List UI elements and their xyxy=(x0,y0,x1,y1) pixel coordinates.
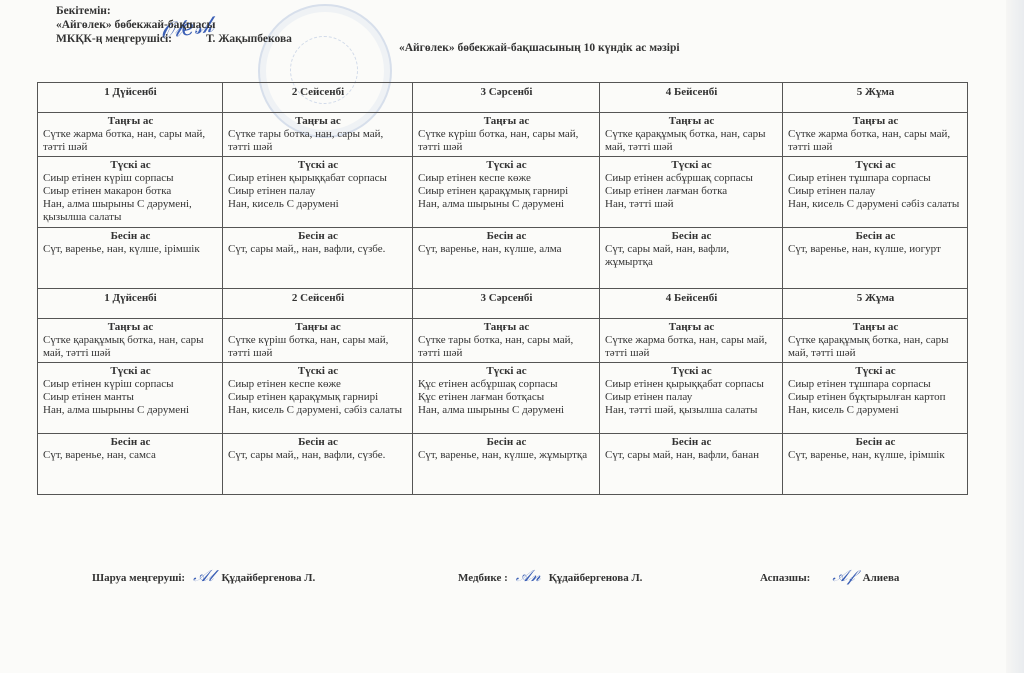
snack-cell: Бесін асСүт, варенье, нан, күлше, ірімші… xyxy=(783,434,968,495)
breakfast-cell: Таңғы асСүтке қарақұмық ботка, нан, сары… xyxy=(783,319,968,363)
manager-name: Құдайбергенова Л. xyxy=(222,572,316,584)
breakfast-row: Таңғы асСүтке жарма ботка, нан, сары май… xyxy=(38,113,968,157)
meal-item: Сүтке қарақұмық ботка, нан, сары май, тә… xyxy=(788,334,963,360)
organization-name: «Айгөлек» бөбекжай-бақшасы xyxy=(56,18,292,32)
breakfast-row: Таңғы асСүтке қарақұмық ботка, нан, сары… xyxy=(38,319,968,363)
meal-title: Бесін ас xyxy=(43,436,218,449)
meal-item: Сүт, сары май, нан, вафли, банан xyxy=(605,449,778,462)
meal-item: Құс етінен лағман ботқасы xyxy=(418,391,595,404)
meal-item: Сүт, варенье, нан, күлше, алма xyxy=(418,243,595,256)
meal-item: Сүтке тары ботка, нан, сары май, тәтті ш… xyxy=(418,334,595,360)
cook-signature: 𝒜𝒻 xyxy=(832,568,854,585)
meal-item: Нан, алма шырыны С дәрумені xyxy=(43,404,218,417)
document-title: «Айгөлек» бөбекжай-бақшасының 10 күндік … xyxy=(399,42,680,54)
meal-title: Түскі ас xyxy=(228,365,408,378)
breakfast-cell: Таңғы асСүтке жарма ботка, нан, сары май… xyxy=(783,113,968,157)
meal-title: Түскі ас xyxy=(418,159,595,172)
day-header: 4 Бейсенбі xyxy=(600,289,783,319)
meal-title: Бесін ас xyxy=(418,436,595,449)
meal-item: Сиыр етінен палау xyxy=(605,391,778,404)
meal-item: Сиыр етінен бұқтырылған картоп xyxy=(788,391,963,404)
day-header: 2 Сейсенбі xyxy=(223,83,413,113)
nurse-label: Медбике : xyxy=(458,572,508,584)
snack-cell: Бесін асСүт, варенье, нан, күлше, иогурт xyxy=(783,228,968,289)
meal-item: Сүтке жарма ботка, нан, сары май, тәтті … xyxy=(605,334,778,360)
day-header: 3 Сәрсенбі xyxy=(413,83,600,113)
approval-block: Бекітемін: «Айгөлек» бөбекжай-бақшасы МК… xyxy=(56,4,292,46)
meal-item: Сиыр етінен қарақұмық гарнирі xyxy=(228,391,408,404)
snack-row: Бесін асСүт, варенье, нан, самсаБесін ас… xyxy=(38,434,968,495)
lunch-cell: Түскі асСиыр етінен кеспе көжеСиыр етіне… xyxy=(413,157,600,228)
day-header: 3 Сәрсенбі xyxy=(413,289,600,319)
meal-title: Түскі ас xyxy=(788,159,963,172)
meal-item: Сүт, сары май,, нан, вафли, сүзбе. xyxy=(228,449,408,462)
meal-title: Таңғы ас xyxy=(418,115,595,128)
lunch-cell: Түскі асСиыр етінен тұшпара сорпасыСиыр … xyxy=(783,363,968,434)
nurse-signature: 𝒜𝓃 xyxy=(516,568,541,585)
approver-line: МКҚК-ң меңгерушісі:Т. Жақыпбекова xyxy=(56,32,292,46)
breakfast-cell: Таңғы асСүтке күріш ботка, нан, сары май… xyxy=(413,113,600,157)
meal-item: Сүтке жарма ботка, нан, сары май, тәтті … xyxy=(788,128,963,154)
snack-cell: Бесін асСүт, варенье, нан, күлше, алма xyxy=(413,228,600,289)
meal-item: Сиыр етінен тұшпара сорпасы xyxy=(788,378,963,391)
meal-title: Таңғы ас xyxy=(605,321,778,334)
meal-title: Түскі ас xyxy=(605,159,778,172)
manager-label: Шаруа меңгеруші: xyxy=(92,572,185,584)
breakfast-cell: Таңғы асСүтке тары ботка, нан, сары май,… xyxy=(413,319,600,363)
meal-item: Сүтке күріш ботка, нан, сары май, тәтті … xyxy=(418,128,595,154)
meal-title: Бесін ас xyxy=(605,436,778,449)
meal-title: Түскі ас xyxy=(43,365,218,378)
meal-item: Сиыр етінен асбұршақ сорпасы xyxy=(605,172,778,185)
meal-item: Сиыр етінен қырыққабат сорпасы xyxy=(605,378,778,391)
snack-cell: Бесін асСүт, сары май,, нан, вафли, сүзб… xyxy=(223,434,413,495)
cook-name: Алиева xyxy=(863,572,900,584)
lunch-cell: Түскі асСиыр етінен қырыққабат сорпасыСи… xyxy=(600,363,783,434)
meal-item: Сүтке күріш ботка, нан, сары май, тәтті … xyxy=(228,334,408,360)
breakfast-cell: Таңғы асСүтке тары ботка, нан, сары май,… xyxy=(223,113,413,157)
meal-title: Түскі ас xyxy=(418,365,595,378)
meal-item: Нан, алма шырыны С дәрумені xyxy=(418,198,595,211)
meal-item: Нан, тәтті шәй, қызылша салаты xyxy=(605,404,778,417)
meal-item: Сиыр етінен лағман ботка xyxy=(605,185,778,198)
meal-item: Сүтке қарақұмық ботка, нан, сары май, тә… xyxy=(605,128,778,154)
snack-cell: Бесін асСүт, варенье, нан, күлше, ірімші… xyxy=(38,228,223,289)
day-header-row: 1 Дүйсенбі2 Сейсенбі3 Сәрсенбі4 Бейсенбі… xyxy=(38,83,968,113)
breakfast-cell: Таңғы асСүтке жарма ботка, нан, сары май… xyxy=(38,113,223,157)
meal-item: Нан, алма шырыны С дәрумені xyxy=(418,404,595,417)
breakfast-cell: Таңғы асСүтке күріш ботка, нан, сары май… xyxy=(223,319,413,363)
approver-position: МКҚК-ң меңгерушісі: xyxy=(56,33,172,45)
page-edge-shadow xyxy=(1006,0,1024,673)
nurse-signoff: Медбике :𝒜𝓃Құдайбергенова Л. xyxy=(458,568,642,586)
breakfast-cell: Таңғы асСүтке қарақұмық ботка, нан, сары… xyxy=(38,319,223,363)
meal-item: Сүтке жарма ботка, нан, сары май, тәтті … xyxy=(43,128,218,154)
meal-title: Бесін ас xyxy=(788,230,963,243)
meal-item: Сиыр етінен кеспе көже xyxy=(228,378,408,391)
meal-item: Сиыр етінен манты xyxy=(43,391,218,404)
lunch-cell: Түскі асСиыр етінен кеспе көжеСиыр етіне… xyxy=(223,363,413,434)
meal-item: Нан, тәтті шәй xyxy=(605,198,778,211)
meal-item: Сүтке қарақұмық ботка, нан, сары май, тә… xyxy=(43,334,218,360)
day-header: 1 Дүйсенбі xyxy=(38,289,223,319)
meal-item: Сүт, варенье, нан, күлше, ірімшік xyxy=(43,243,218,256)
meal-item: Сиыр етінен кеспе көже xyxy=(418,172,595,185)
meal-item: Сүт, варенье, нан, самса xyxy=(43,449,218,462)
day-header: 4 Бейсенбі xyxy=(600,83,783,113)
day-header-row: 1 Дүйсенбі2 Сейсенбі3 Сәрсенбі4 Бейсенбі… xyxy=(38,289,968,319)
meal-item: Сүт, варенье, нан, күлше, жұмыртқа xyxy=(418,449,595,462)
meal-item: Нан, кисель С дәрумені xyxy=(788,404,963,417)
meal-title: Бесін ас xyxy=(228,230,408,243)
meal-item: Сүтке тары ботка, нан, сары май, тәтті ш… xyxy=(228,128,408,154)
day-header: 2 Сейсенбі xyxy=(223,289,413,319)
meal-title: Бесін ас xyxy=(43,230,218,243)
meal-item: Нан, алма шырыны С дәрумені, қызылша сал… xyxy=(43,198,218,224)
meal-item: Сиыр етінен қырыққабат сорпасы xyxy=(228,172,408,185)
snack-row: Бесін асСүт, варенье, нан, күлше, ірімші… xyxy=(38,228,968,289)
lunch-cell: Түскі асСиыр етінен тұшпара сорпасыСиыр … xyxy=(783,157,968,228)
meal-title: Таңғы ас xyxy=(605,115,778,128)
meal-item: Сиыр етінен палау xyxy=(228,185,408,198)
approver-name: Т. Жақыпбекова xyxy=(206,33,292,45)
breakfast-cell: Таңғы асСүтке жарма ботка, нан, сары май… xyxy=(600,319,783,363)
meal-title: Бесін ас xyxy=(228,436,408,449)
meal-title: Бесін ас xyxy=(605,230,778,243)
manager-signature: 𝒜𝓁 xyxy=(193,568,213,585)
meal-title: Түскі ас xyxy=(228,159,408,172)
meal-title: Таңғы ас xyxy=(788,115,963,128)
meal-item: Сиыр етінен макарон ботка xyxy=(43,185,218,198)
meal-title: Түскі ас xyxy=(43,159,218,172)
meal-title: Түскі ас xyxy=(605,365,778,378)
meal-item: Нан, кисель С дәрумені, сәбіз салаты xyxy=(228,404,408,417)
meal-item: Нан, кисель С дәрумені xyxy=(228,198,408,211)
cook-label: Аспазшы: xyxy=(760,572,810,584)
meal-item: Сиыр етінен күріш сорпасы xyxy=(43,378,218,391)
meal-item: Сиыр етінен күріш сорпасы xyxy=(43,172,218,185)
meal-title: Түскі ас xyxy=(788,365,963,378)
meal-title: Таңғы ас xyxy=(43,321,218,334)
meal-title: Таңғы ас xyxy=(43,115,218,128)
lunch-cell: Түскі асҚұс етінен асбұршақ сорпасыҚұс е… xyxy=(413,363,600,434)
lunch-cell: Түскі асСиыр етінен қырыққабат сорпасыСи… xyxy=(223,157,413,228)
meal-item: Сүт, сары май, нан, вафли, жұмыртқа xyxy=(605,243,778,269)
meal-item: Нан, кисель С дәрумені сәбіз салаты xyxy=(788,198,963,211)
breakfast-cell: Таңғы асСүтке қарақұмық ботка, нан, сары… xyxy=(600,113,783,157)
snack-cell: Бесін асСүт, варенье, нан, самса xyxy=(38,434,223,495)
meal-title: Бесін ас xyxy=(418,230,595,243)
meal-title: Бесін ас xyxy=(788,436,963,449)
lunch-cell: Түскі асСиыр етінен күріш сорпасыСиыр ет… xyxy=(38,157,223,228)
meal-title: Таңғы ас xyxy=(788,321,963,334)
snack-cell: Бесін асСүт, сары май,, нан, вафли, сүзб… xyxy=(223,228,413,289)
meal-item: Құс етінен асбұршақ сорпасы xyxy=(418,378,595,391)
day-header: 1 Дүйсенбі xyxy=(38,83,223,113)
lunch-cell: Түскі асСиыр етінен күріш сорпасыСиыр ет… xyxy=(38,363,223,434)
lunch-row: Түскі асСиыр етінен күріш сорпасыСиыр ет… xyxy=(38,363,968,434)
meal-item: Сиыр етінен тұшпара сорпасы xyxy=(788,172,963,185)
meal-item: Сиыр етінен қарақұмық гарнирі xyxy=(418,185,595,198)
meal-item: Сүт, варенье, нан, күлше, иогурт xyxy=(788,243,963,256)
menu-table: 1 Дүйсенбі2 Сейсенбі3 Сәрсенбі4 Бейсенбі… xyxy=(37,82,968,495)
day-header: 5 Жұма xyxy=(783,289,968,319)
snack-cell: Бесін асСүт, сары май, нан, вафли, банан xyxy=(600,434,783,495)
meal-title: Таңғы ас xyxy=(418,321,595,334)
day-header: 5 Жұма xyxy=(783,83,968,113)
meal-title: Таңғы ас xyxy=(228,115,408,128)
lunch-cell: Түскі асСиыр етінен асбұршақ сорпасыСиыр… xyxy=(600,157,783,228)
meal-item: Сиыр етінен палау xyxy=(788,185,963,198)
lunch-row: Түскі асСиыр етінен күріш сорпасыСиыр ет… xyxy=(38,157,968,228)
meal-item: Сүт, варенье, нан, күлше, ірімшік xyxy=(788,449,963,462)
manager-signoff: Шаруа меңгеруші:𝒜𝓁Құдайбергенова Л. xyxy=(92,568,315,586)
nurse-name: Құдайбергенова Л. xyxy=(549,572,643,584)
snack-cell: Бесін асСүт, сары май, нан, вафли, жұмыр… xyxy=(600,228,783,289)
meal-title: Таңғы ас xyxy=(228,321,408,334)
cook-signoff: Аспазшы:𝒜𝒻Алиева xyxy=(760,568,899,586)
meal-item: Сүт, сары май,, нан, вафли, сүзбе. xyxy=(228,243,408,256)
snack-cell: Бесін асСүт, варенье, нан, күлше, жұмырт… xyxy=(413,434,600,495)
approval-label: Бекітемін: xyxy=(56,4,292,18)
